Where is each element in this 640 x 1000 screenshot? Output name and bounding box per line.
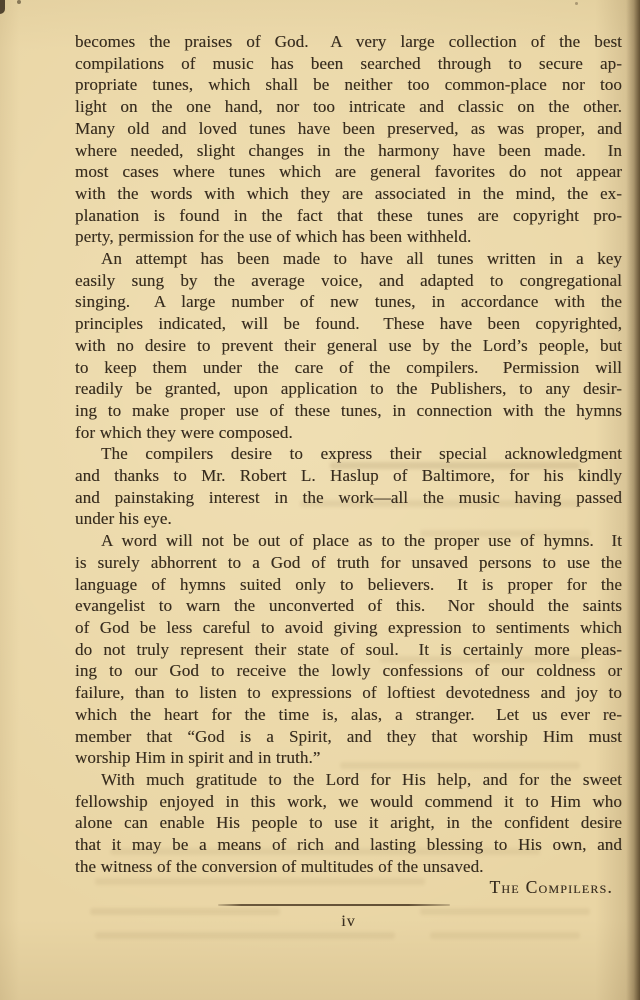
text-line: and thanks to Mr. Robert L. Haslup of Ba… (75, 465, 622, 487)
text-line: propriate tunes, which shall be neither … (75, 74, 622, 96)
text-line: alone can enable His people to use it ar… (75, 812, 622, 834)
text-line: fellowship enjoyed in this work, we woul… (75, 791, 622, 813)
text-line: language of hymns suited only to believe… (75, 574, 622, 596)
text-line: with no desire to prevent their general … (75, 335, 622, 357)
text-line: failure, than to listen to expressions o… (75, 682, 622, 704)
end-divider-rule (218, 904, 450, 906)
paragraph: An attempt has been made to have all tun… (75, 248, 622, 443)
text-line: easily sung by the average voice, and ad… (75, 270, 622, 292)
text-line: An attempt has been made to have all tun… (75, 248, 622, 270)
showthrough-smudge (430, 932, 580, 939)
text-line: becomes the praises of God. A very large… (75, 31, 622, 53)
signature: The Compilers. (75, 877, 622, 899)
page-text: becomes the praises of God. A very large… (75, 31, 622, 899)
text-line: principles indicated, will be found. The… (75, 313, 622, 335)
paper-speck (17, 0, 21, 4)
gutter-shadow (626, 0, 640, 1000)
text-line: for which they were composed. (75, 422, 622, 444)
paragraph: With much gratitude to the Lord for His … (75, 769, 622, 878)
text-line: Many old and loved tunes have been prese… (75, 118, 622, 140)
page-number: iv (75, 913, 622, 931)
text-line: that it may be a means of rich and lasti… (75, 834, 622, 856)
paper-speck (575, 2, 578, 5)
text-line: is surely abhorrent to a God of truth fo… (75, 552, 622, 574)
text-line: A word will not be out of place as to th… (75, 530, 622, 552)
text-line: the witness of the conversion of multitu… (75, 856, 622, 878)
text-line: member that “God is a Spirit, and they t… (75, 726, 622, 748)
book-page-scan: becomes the praises of God. A very large… (0, 0, 640, 1000)
text-line: The compilers desire to express their sp… (75, 443, 622, 465)
text-line: of God be less careful to avoid giving e… (75, 617, 622, 639)
paragraph: becomes the praises of God. A very large… (75, 31, 622, 248)
text-line: with the words with which they are assoc… (75, 183, 622, 205)
paragraph: A word will not be out of place as to th… (75, 530, 622, 769)
text-line: do not truly represent their state of so… (75, 639, 622, 661)
text-line: planation is found in the fact that thes… (75, 205, 622, 227)
scan-edge-mark (0, 0, 5, 14)
text-line: ing to our God to receive the lowly conf… (75, 660, 622, 682)
text-line: singing. A large number of new tunes, in… (75, 291, 622, 313)
text-line: to keep them under the care of the compi… (75, 357, 622, 379)
text-line: most cases where tunes which are general… (75, 161, 622, 183)
text-line: compilations of music has been searched … (75, 53, 622, 75)
text-line: With much gratitude to the Lord for His … (75, 769, 622, 791)
paragraph: The compilers desire to express their sp… (75, 443, 622, 530)
text-line: perty, permission for the use of which h… (75, 226, 622, 248)
text-line: and painstaking interest in the work—all… (75, 487, 622, 509)
text-line: under his eye. (75, 508, 622, 530)
text-line: light on the one hand, nor too intricate… (75, 96, 622, 118)
text-line: evangelist to warn the unconverted of th… (75, 595, 622, 617)
text-line: ing to make proper use of these tunes, i… (75, 400, 622, 422)
text-line: readily be granted, upon application to … (75, 378, 622, 400)
text-line: where needed, slight changes in the harm… (75, 140, 622, 162)
text-line: worship Him in spirit and in truth.” (75, 747, 622, 769)
showthrough-smudge (95, 932, 395, 939)
text-line: which the heart for the time is, alas, a… (75, 704, 622, 726)
